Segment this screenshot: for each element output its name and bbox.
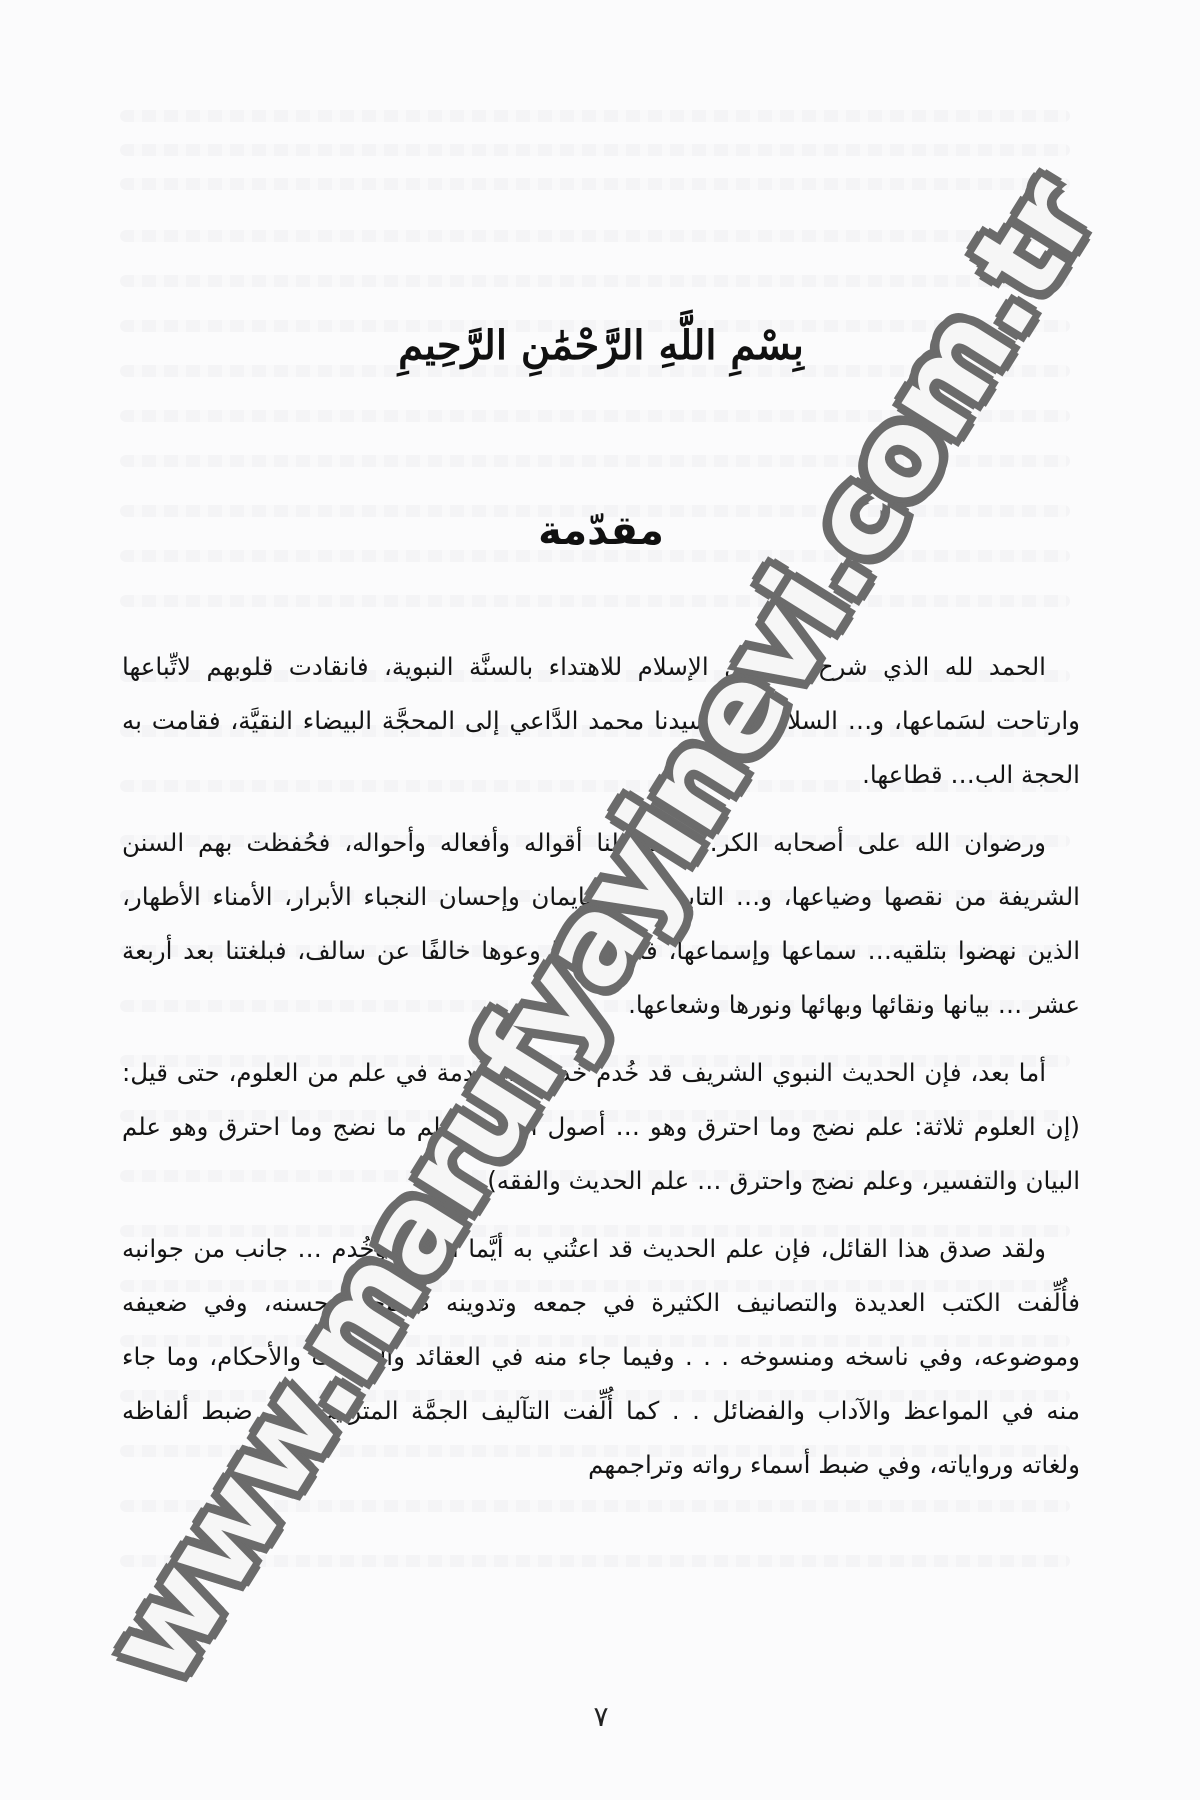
paragraph-3: أما بعد، فإن الحديث النبوي الشريف قد خُد…	[122, 1046, 1080, 1208]
basmala-calligraphy: بِسْمِ اللَّهِ الرَّحْمَٰنِ الرَّحِيمِ	[122, 322, 1080, 369]
paragraph-4: ولقد صدق هذا القائل، فإن علم الحديث قد ا…	[122, 1222, 1080, 1492]
page-number: ٧	[122, 1700, 1080, 1733]
paragraph-2: ورضوان الله على أصحابه الكر… نقلوا لنا أ…	[122, 816, 1080, 1032]
page-title: مقدّمة	[122, 508, 1080, 554]
book-page: بِسْمِ اللَّهِ الرَّحْمَٰنِ الرَّحِيمِ م…	[0, 0, 1200, 1800]
paragraph-1: الحمد لله الذي شرح … أهل الإسلام للاهتدا…	[122, 640, 1080, 802]
body-text: الحمد لله الذي شرح … أهل الإسلام للاهتدا…	[122, 640, 1080, 1506]
